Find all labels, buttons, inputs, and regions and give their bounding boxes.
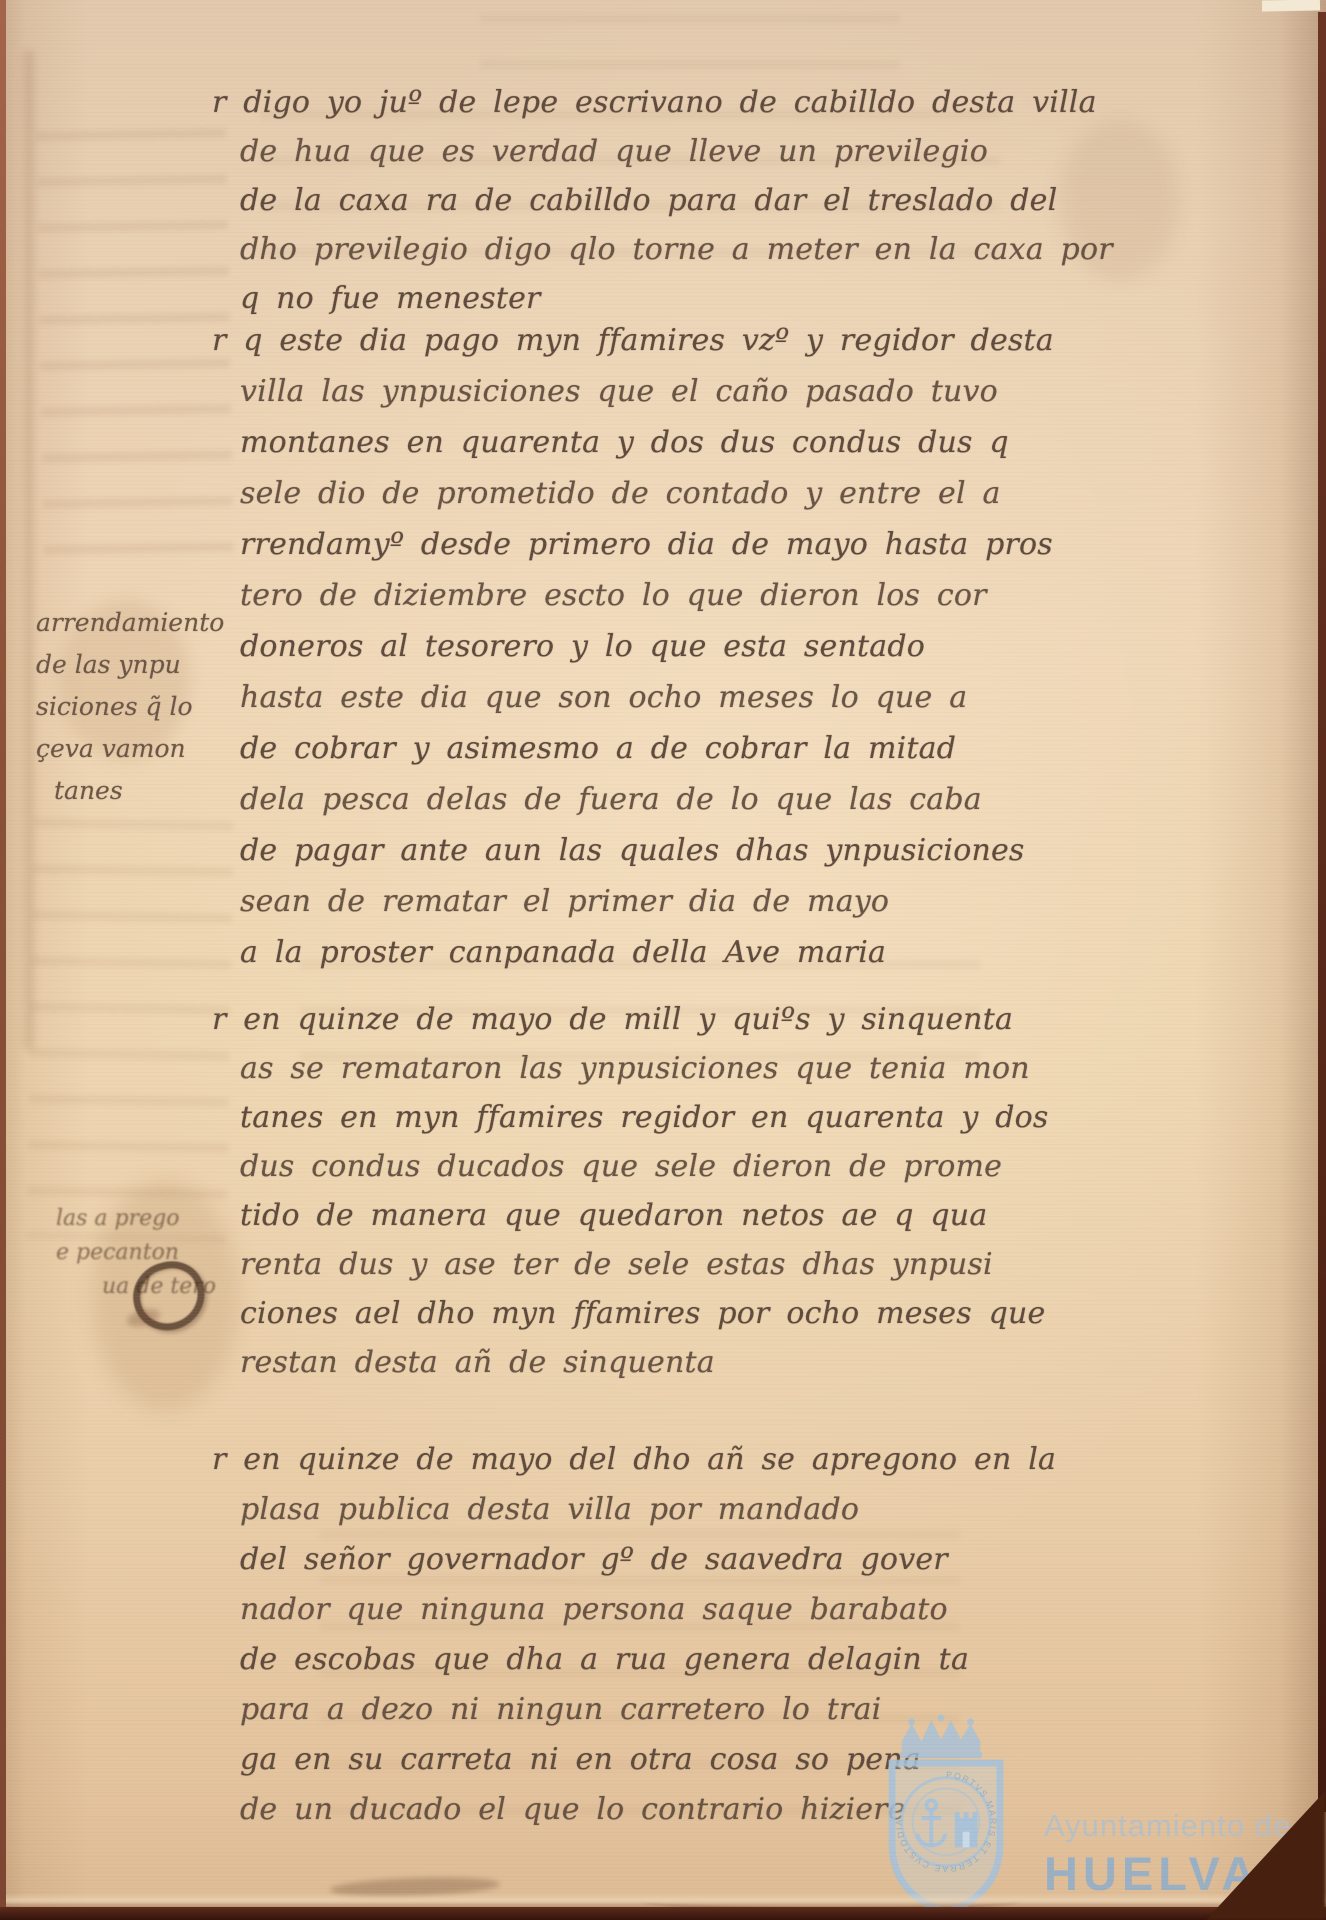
manuscript-line: sean de rematar el primer dia de mayo: [240, 876, 1050, 927]
manuscript-line: para a dezo ni ningun carretero lo trai: [240, 1685, 1050, 1735]
bleedthrough-patch: [26, 818, 233, 1241]
margin-note-line: las a prego: [56, 1202, 216, 1236]
manuscript-line: r en quinze de mayo de mill y quiºs y si…: [240, 995, 1050, 1044]
paragraph-4: r en quinze de mayo del dho añ se aprego…: [240, 1435, 1050, 1835]
book-corner-shadow: [1206, 1790, 1326, 1920]
manuscript-line: as se remataron las ynpusiciones que ten…: [240, 1044, 1050, 1093]
manuscript-line: del señor governador gº de saavedra gove…: [240, 1535, 1050, 1585]
manuscript-line: villa las ynpusiciones que el caño pasad…: [240, 366, 1050, 417]
manuscript-line: hasta este dia que son ocho meses lo que…: [240, 672, 1050, 723]
manuscript-line: nador que ninguna persona saque barabato: [240, 1585, 1050, 1635]
bleedthrough-patch: [36, 128, 233, 561]
manuscript-line: dela pesca delas de fuera de lo que las …: [240, 774, 1050, 825]
manuscript-line: plasa publica desta villa por mandado: [240, 1485, 1050, 1535]
manuscript-line: rrendamyº desde primero dia de mayo hast…: [240, 519, 1050, 570]
margin-note-line: tanes: [36, 770, 224, 812]
page-edge-bottom: [0, 1907, 1326, 1920]
paragraph-2: r q este dia pago myn ffamires vzº y reg…: [240, 315, 1050, 978]
manuscript-line: ciones ael dho myn ffamires por ocho mes…: [240, 1289, 1050, 1338]
manuscript-line: restan desta añ de sinquenta: [240, 1338, 1050, 1387]
manuscript-line: r en quinze de mayo del dho añ se aprego…: [240, 1435, 1050, 1485]
manuscript-line: de un ducado el que lo contrario hiziere: [240, 1785, 1050, 1835]
margin-note-line: arrendamiento: [36, 602, 224, 644]
manuscript-line: ga en su carreta ni en otra cosa so pena: [240, 1735, 1050, 1785]
manuscript-line: dus condus ducados que sele dieron de pr…: [240, 1142, 1050, 1191]
page-edge-left: [0, 0, 6, 1920]
page-edge-right: [1318, 12, 1326, 1812]
manuscript-line: de hua que es verdad que lleve un previl…: [240, 127, 1050, 176]
paper-crease: [24, 50, 34, 1050]
margin-note-arrendamiento: arrendamiento de las ynpu siciones q̃ lo…: [36, 602, 224, 812]
manuscript-line: r q este dia pago myn ffamires vzº y reg…: [240, 315, 1050, 366]
paragraph-1: r digo yo juº de lepe escrivano de cabil…: [240, 78, 1050, 323]
manuscript-line: de la caxa ra de cabilldo para dar el tr…: [240, 176, 1050, 225]
margin-note-line: çeva vamon: [36, 728, 224, 770]
manuscript-line: de pagar ante aun las quales dhas ynpusi…: [240, 825, 1050, 876]
paragraph-3: r en quinze de mayo de mill y quiºs y si…: [240, 995, 1050, 1387]
page-bottom-curl: [0, 1893, 1326, 1907]
margin-note-line: siciones q̃ lo: [36, 686, 224, 728]
manuscript-line: sele dio de prometido de contado y entre…: [240, 468, 1050, 519]
manuscript-line: montanes en quarenta y dos dus condus du…: [240, 417, 1050, 468]
watermark-ayuntamiento-label: Ayuntamiento de: [1044, 1808, 1291, 1844]
manuscript-line: tanes en myn ffamires regidor en quarent…: [240, 1093, 1050, 1142]
bleedthrough-patch: [480, 14, 900, 74]
manuscript-line: a la proster canpanada della Ave maria: [240, 927, 1050, 978]
margin-note-line: de las ynpu: [36, 644, 224, 686]
manuscript-line: doneros al tesorero y lo que esta sentad…: [240, 621, 1050, 672]
manuscript-line: de escobas que dha a rua genera delagin …: [240, 1635, 1050, 1685]
manuscript-line: renta dus y ase ter de sele estas dhas y…: [240, 1240, 1050, 1289]
margin-note-line: e pecanton: [56, 1236, 216, 1270]
manuscript-line: de cobrar y asimesmo a de cobrar la mita…: [240, 723, 1050, 774]
manuscript-line: dho previlegio digo qlo torne a meter en…: [240, 225, 1050, 274]
manuscript-page: r digo yo juº de lepe escrivano de cabil…: [0, 0, 1326, 1920]
manuscript-line: tero de diziembre escto lo que dieron lo…: [240, 570, 1050, 621]
page-edge-top-sliver: [1262, 0, 1320, 12]
manuscript-line: r digo yo juº de lepe escrivano de cabil…: [240, 78, 1050, 127]
manuscript-line: tido de manera que quedaron netos ae q q…: [240, 1191, 1050, 1240]
